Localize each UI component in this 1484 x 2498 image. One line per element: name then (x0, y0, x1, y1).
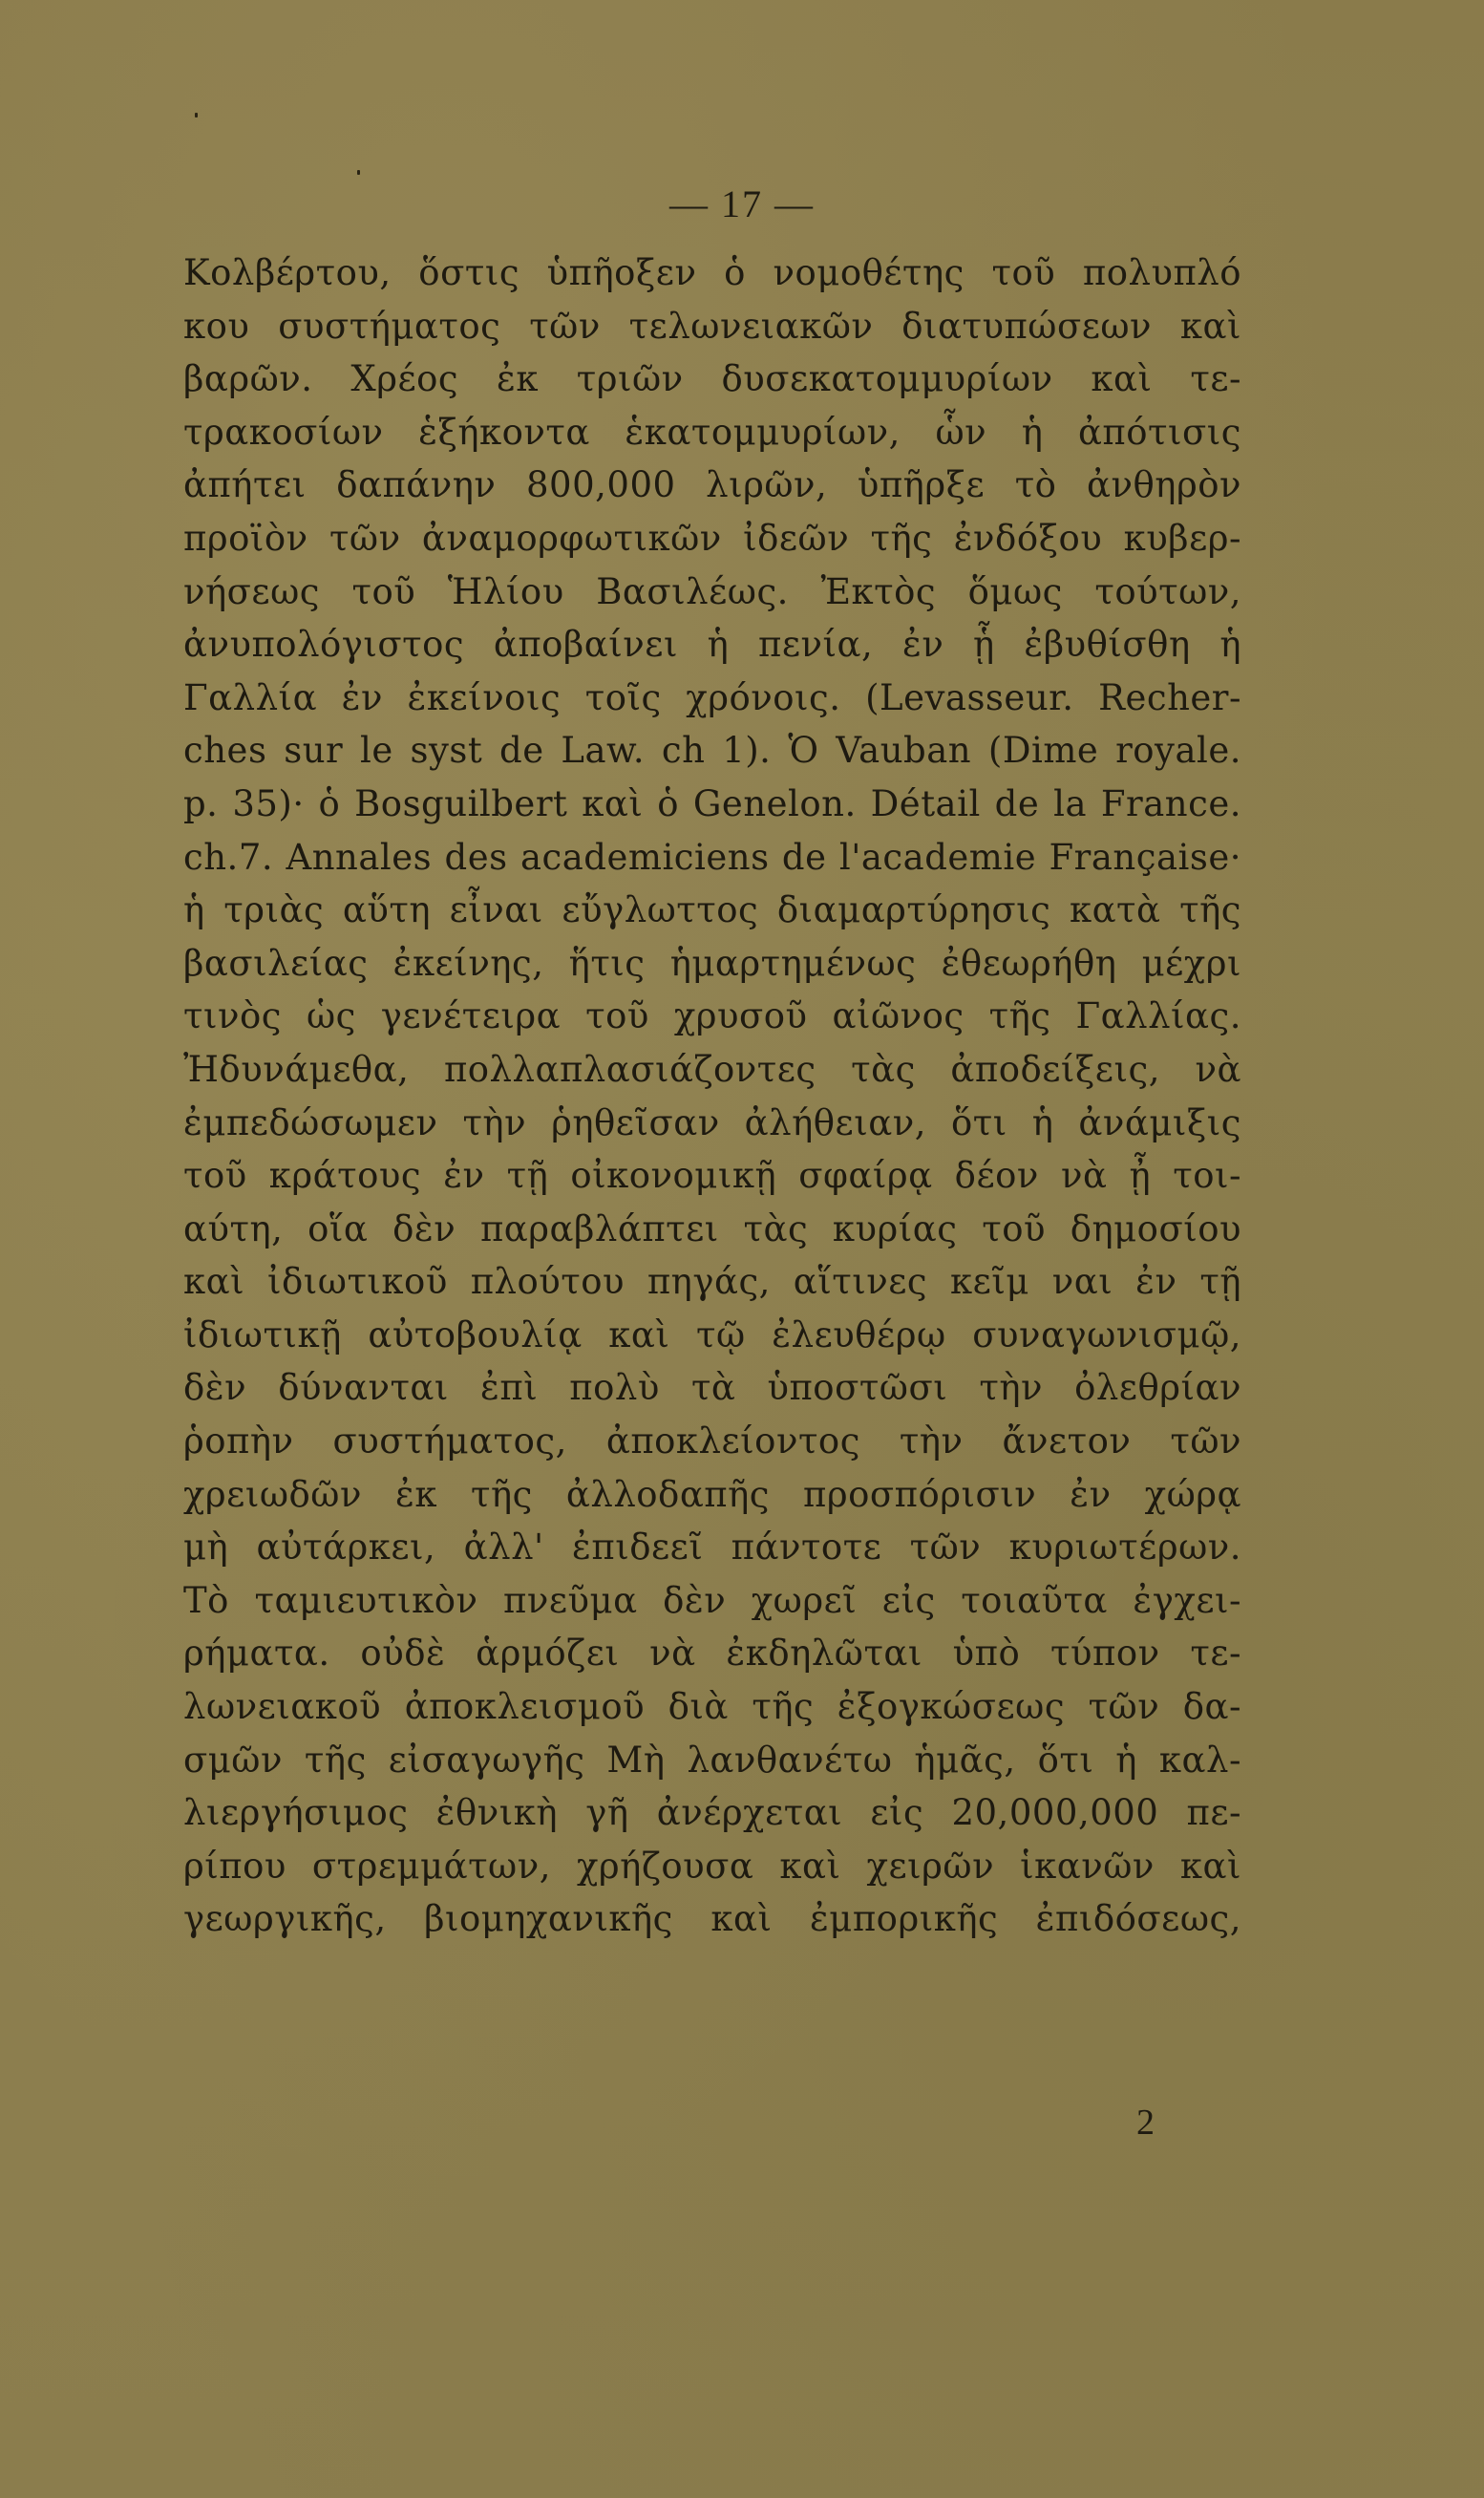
text-line: Γαλλία ἐν ἐκείνοις τοῖς χρόνοις. (Levass… (183, 672, 1241, 725)
text-line: λιεργήσιμος ἐθνικὴ γῆ ἀνέρχεται εἰς 20,0… (183, 1786, 1241, 1840)
text-line: ρίπου στρεμμάτων, χρήζουσα καὶ χειρῶν ἱκ… (183, 1840, 1241, 1893)
page-number: — 17 — (0, 181, 1484, 226)
text-line: μὴ αὐτάρκει, ἀλλ' ἐπιδεεῖ πάντοτε τῶν κυ… (183, 1521, 1241, 1574)
book-page: — 17 — Κολβέρτου, ὅστις ὑπῆοξεν ὁ νομοθέ… (0, 0, 1484, 2498)
text-line: ῥοπὴν συστήματος, ἀποκλείοντος τὴν ἄνετο… (183, 1415, 1241, 1468)
text-line: τινὸς ὡς γενέτειρα τοῦ χρυσοῦ αἰῶνος τῆς… (183, 990, 1241, 1043)
text-line: γεωργικῆς, βιομηχανικῆς καὶ ἐμπορικῆς ἐπ… (183, 1892, 1241, 1946)
text-line: τρακοσίων ἑξήκοντα ἑκατομμυρίων, ὧν ἡ ἀπ… (183, 406, 1241, 459)
text-line: ἐμπεδώσωμεν τὴν ῥηθεῖσαν ἀλήθειαν, ὅτι ἡ… (183, 1097, 1241, 1150)
text-line: ρήματα. οὐδὲ ἁρμόζει νὰ ἐκδηλῶται ὑπὸ τύ… (183, 1627, 1241, 1680)
text-line: βασιλείας ἐκείνης, ἥτις ἡμαρτημένως ἐθεω… (183, 937, 1241, 991)
text-line: Τὸ ταμιευτικὸν πνεῦμα δὲν χωρεῖ εἰς τοια… (183, 1574, 1241, 1628)
paper-speck (195, 113, 198, 117)
text-line: σμῶν τῆς εἰσαγωγῆς Μὴ λανθανέτω ἡμᾶς, ὅτ… (183, 1734, 1241, 1787)
text-line: ἡ τριὰς αὕτη εἶναι εὔγλωττος διαμαρτύρησ… (183, 884, 1241, 937)
text-line: p. 35)· ὁ Bosguilbert καὶ ὁ Genelon. Dét… (183, 778, 1241, 831)
text-line: κου συστήματος τῶν τελωνειακῶν διατυπώσε… (183, 300, 1241, 353)
text-line: ch.7. Annales des academiciens de l'acad… (183, 831, 1241, 885)
text-line: δὲν δύνανται ἐπὶ πολὺ τὰ ὑποστῶσι τὴν ὀλ… (183, 1361, 1241, 1415)
text-line: αύτη, οἵα δὲν παραβλάπτει τὰς κυρίας τοῦ… (183, 1203, 1241, 1256)
body-text: Κολβέρτου, ὅστις ὑπῆοξεν ὁ νομοθέτης τοῦ… (183, 246, 1241, 1946)
text-line: χρειωδῶν ἐκ τῆς ἀλλοδαπῆς προσπόρισιν ἐν… (183, 1468, 1241, 1522)
text-line: προϊὸν τῶν ἀναμορφωτικῶν ἰδεῶν τῆς ἐνδόξ… (183, 512, 1241, 566)
text-line: νήσεως τοῦ Ἡλίου Βασιλέως. Ἐκτὸς ὅμως το… (183, 566, 1241, 619)
text-line: καὶ ἰδιωτικοῦ πλούτου πηγάς, αἵτινες κεῖ… (183, 1255, 1241, 1309)
text-line: τοῦ κράτους ἐν τῇ οἰκονομικῇ σφαίρᾳ δέον… (183, 1149, 1241, 1203)
text-line: Ἠδυνάμεθα, πολλαπλασιάζοντες τὰς ἀποδείξ… (183, 1043, 1241, 1097)
text-line: λωνειακοῦ ἀποκλεισμοῦ διὰ τῆς ἐξογκώσεως… (183, 1680, 1241, 1734)
text-line: ἀνυπολόγιστος ἀποβαίνει ἡ πενία, ἐν ᾗ ἐβ… (183, 618, 1241, 672)
text-line: ἀπήτει δαπάνην 800,000 λιρῶν, ὑπῆρξε τὸ … (183, 459, 1241, 512)
signature-mark: 2 (1136, 2102, 1155, 2144)
text-line: ches sur le syst de Law. ch 1). Ὁ Vauban… (183, 724, 1241, 778)
paper-speck (357, 170, 360, 175)
text-line: Κολβέρτου, ὅστις ὑπῆοξεν ὁ νομοθέτης τοῦ… (183, 246, 1241, 300)
text-line: ἰδιωτικῇ αὐτοβουλίᾳ καὶ τῷ ἐλευθέρῳ συνα… (183, 1309, 1241, 1362)
text-line: βαρῶν. Χρέος ἐκ τριῶν δυσεκατομμυρίων κα… (183, 352, 1241, 406)
